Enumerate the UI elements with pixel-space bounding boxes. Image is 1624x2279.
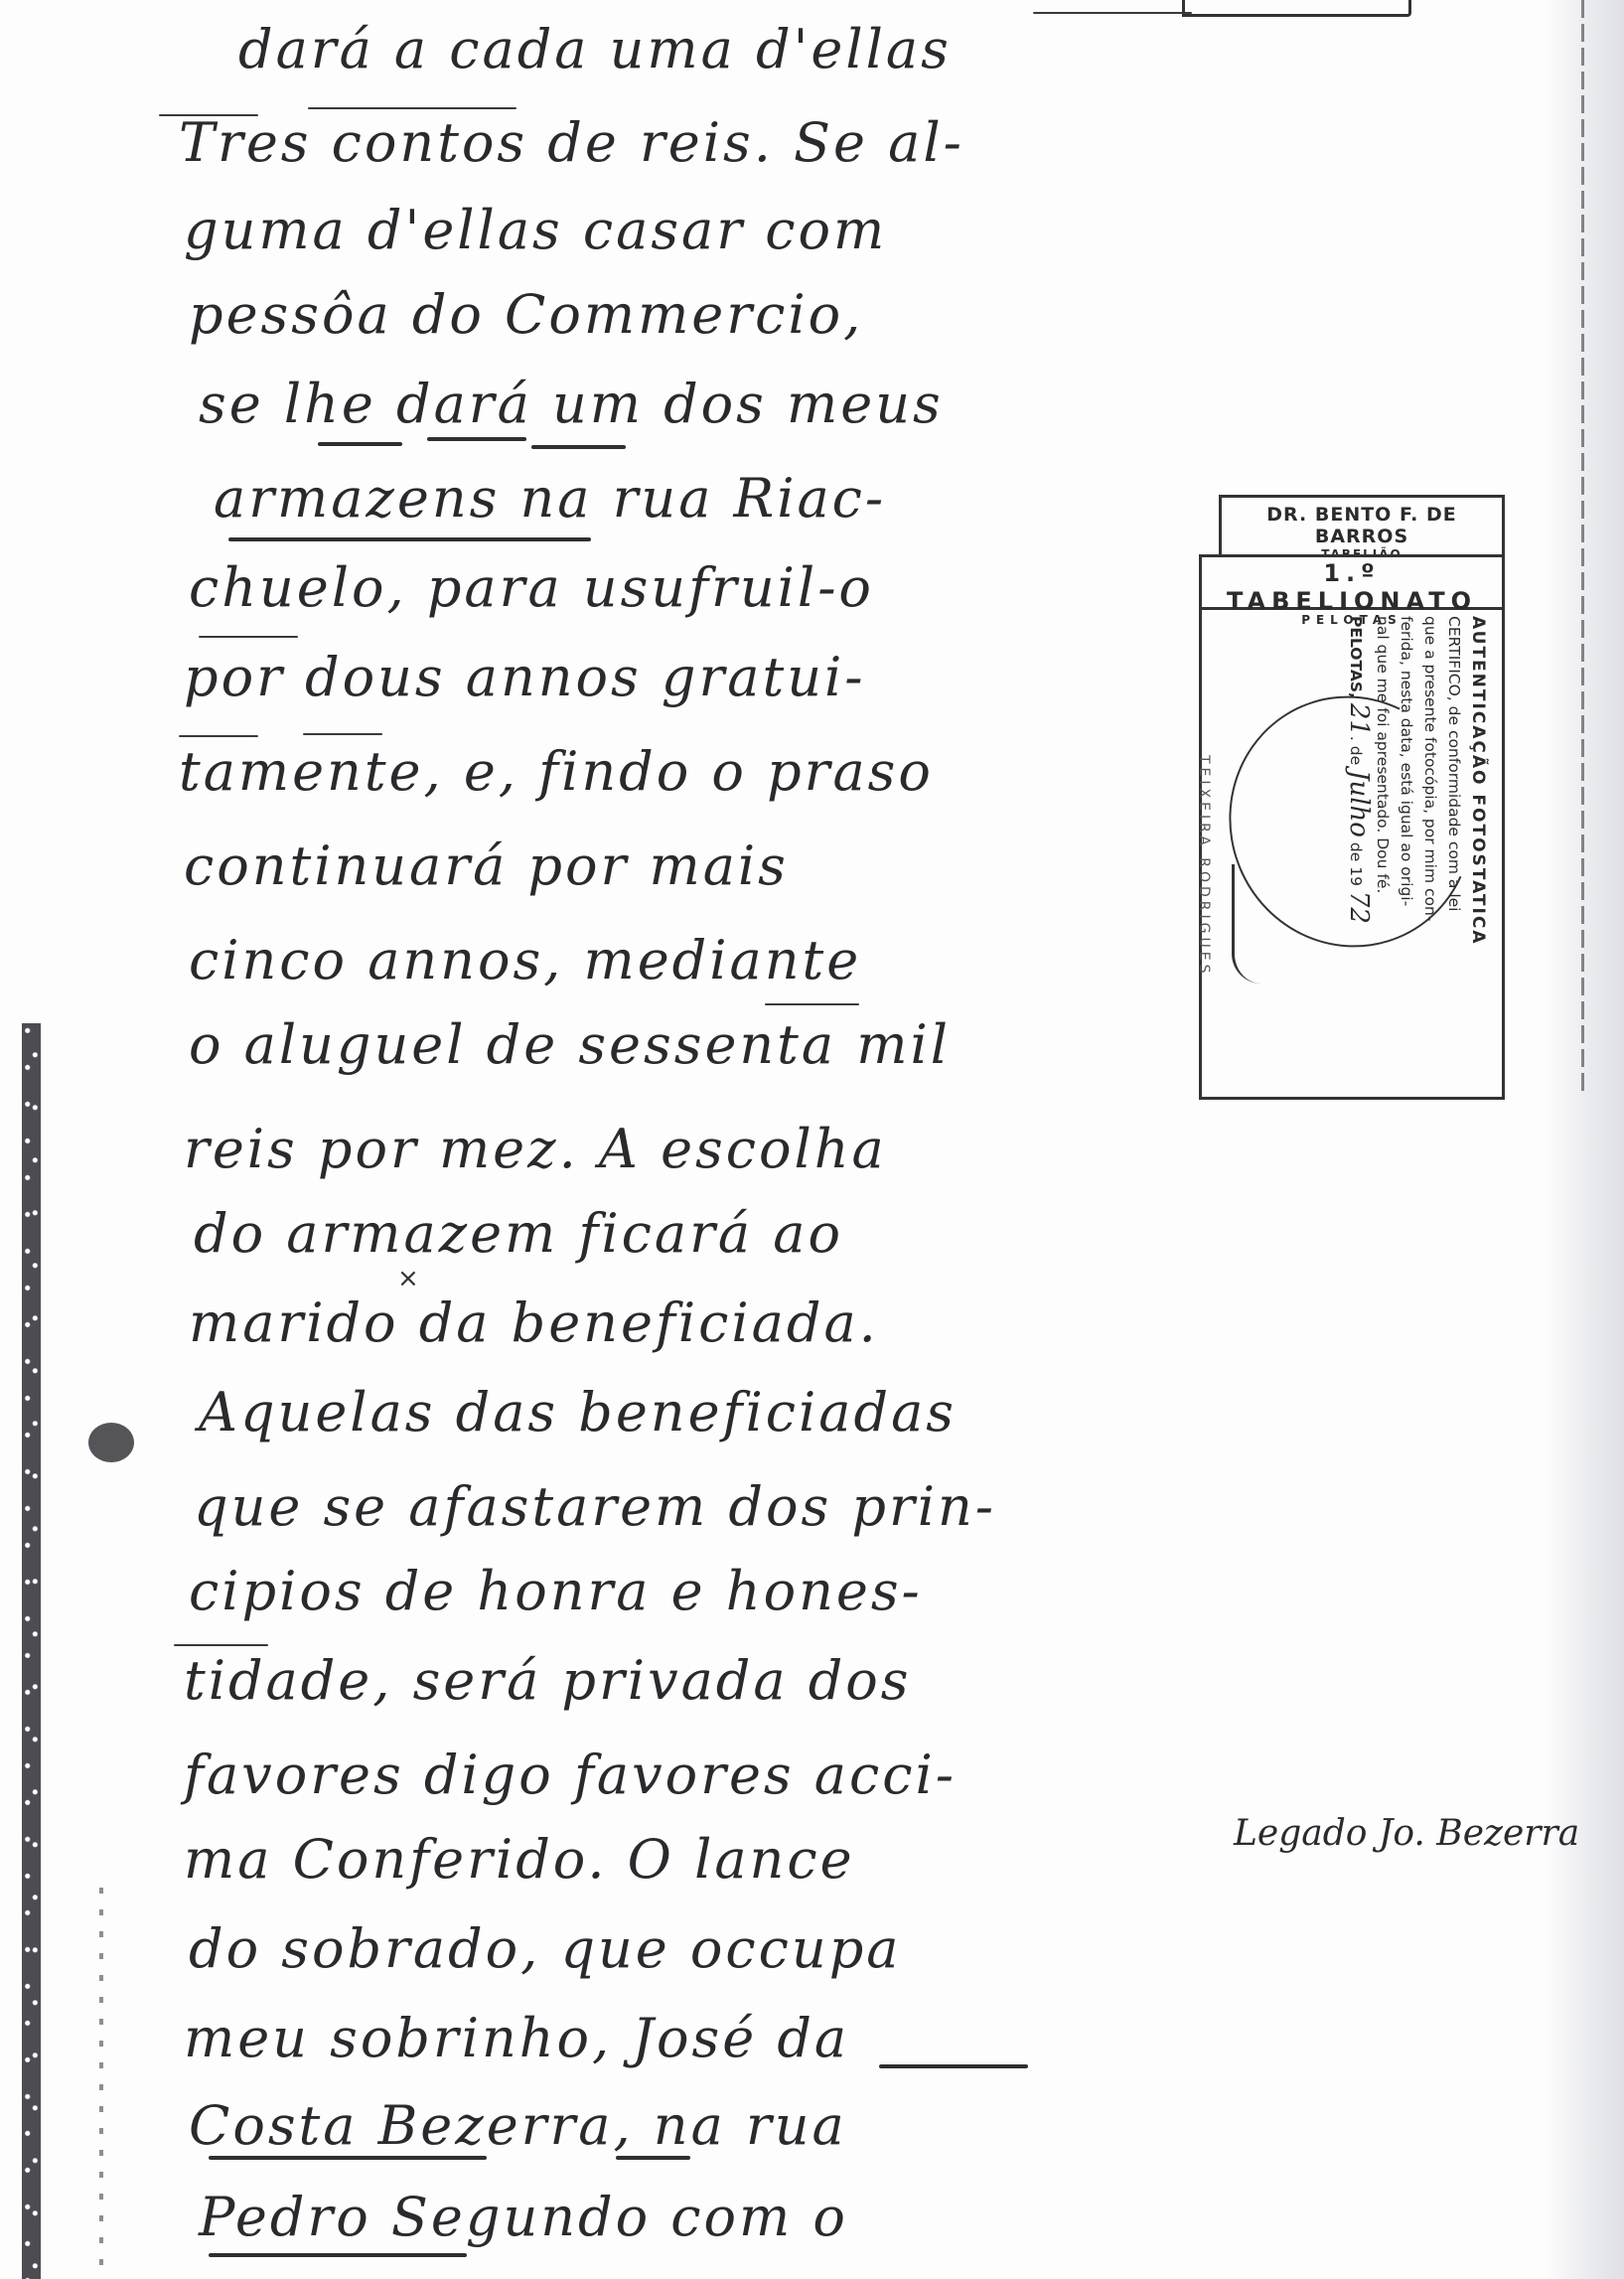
manuscript-line: se lhe dará um dos meus bbox=[199, 373, 944, 435]
underline bbox=[879, 2064, 1028, 2068]
manuscript-line: favores digo favores acci- bbox=[184, 1744, 957, 1806]
manuscript-line: tamente, e, findo o praso bbox=[179, 740, 934, 803]
binding-strip bbox=[22, 1023, 41, 2279]
underline bbox=[427, 437, 526, 441]
manuscript-line: que se afastarem dos prin- bbox=[194, 1475, 996, 1538]
stamp-text-line: que a presente fotocópia, por mim con- bbox=[1418, 616, 1442, 1093]
line-stroke bbox=[1033, 12, 1192, 14]
manuscript-line: armazens na rua Riac- bbox=[214, 467, 886, 530]
underline bbox=[209, 2156, 487, 2160]
manuscript-line: Aquelas das beneficiadas bbox=[199, 1381, 957, 1443]
manuscript-line: reis por mez. A escolha bbox=[184, 1118, 887, 1180]
stamp-body: TEIXEIRA RODRIGUES AUTENTICAÇÃO FOTOSTAT… bbox=[1199, 606, 1505, 1100]
manuscript-line: guma d'ellas casar com bbox=[184, 199, 887, 261]
stamp-notary-name: DR. BENTO F. DE BARROS bbox=[1222, 504, 1502, 547]
stamp-notary-header: DR. BENTO F. DE BARROS TABELIÃO bbox=[1219, 495, 1505, 558]
underline bbox=[318, 442, 402, 446]
right-edge-line bbox=[1581, 0, 1584, 1093]
stamp-year-suffix: 72 bbox=[1344, 891, 1374, 924]
hole-punch bbox=[88, 1423, 134, 1462]
line-stroke bbox=[199, 636, 298, 638]
manuscript-line: Costa Bezerra, na rua bbox=[189, 2094, 847, 2157]
stamp-text-line: nal que me foi apresentado. Dou fé. bbox=[1371, 616, 1395, 1093]
left-dotted-margin bbox=[99, 1888, 103, 2279]
manuscript-line: pessôa do Commercio, bbox=[189, 283, 863, 346]
line-stroke bbox=[174, 1644, 268, 1646]
manuscript-line: por dous annos gratui- bbox=[184, 646, 866, 708]
underline bbox=[228, 537, 591, 541]
line-stroke bbox=[765, 1003, 859, 1005]
page-edge-shadow bbox=[1545, 0, 1624, 2279]
stamp-text-line: ferida, nesta data, está igual ao origi- bbox=[1395, 616, 1418, 1093]
top-stamp-box-fragment bbox=[1182, 0, 1411, 17]
manuscript-line: chuelo, para usufruil-o bbox=[189, 556, 874, 619]
manuscript-line: Tres contos de reis. Se al- bbox=[179, 111, 964, 174]
underline bbox=[616, 2156, 690, 2160]
stamp-certification-text: AUTENTICAÇÃO FOTOSTATICA CERTIFICO, de c… bbox=[1344, 616, 1490, 1093]
stamp-place: PELOTAS, bbox=[1347, 616, 1365, 698]
stamp-side-text: TEIXEIRA RODRIGUES bbox=[1196, 755, 1212, 978]
manuscript-line: do sobrado, que occupa bbox=[189, 1917, 901, 1980]
manuscript-line: marido da beneficiada. bbox=[189, 1291, 879, 1354]
manuscript-line: do armazem ficará ao bbox=[194, 1202, 843, 1265]
stamp-de: de bbox=[1347, 746, 1365, 765]
stamp-title: AUTENTICAÇÃO FOTOSTATICA bbox=[1466, 616, 1490, 1093]
manuscript-line: continuará por mais bbox=[184, 835, 789, 897]
line-stroke bbox=[303, 733, 382, 735]
stamp-year-prefix: de 19 bbox=[1347, 842, 1365, 886]
stamp-signature-stroke bbox=[1232, 864, 1274, 984]
manuscript-line: ma Conferido. O lance bbox=[184, 1828, 855, 1891]
manuscript-line: cinco annos, mediante bbox=[189, 929, 861, 991]
stamp-month: Julho bbox=[1344, 770, 1374, 837]
manuscript-line: Pedro Segundo com o bbox=[199, 2186, 848, 2248]
manuscript-line: meu sobrinho, José da bbox=[184, 2007, 849, 2069]
stamp-day: 21 bbox=[1344, 703, 1374, 736]
notary-authentication-stamp: DR. BENTO F. DE BARROS TABELIÃO 1.º TABE… bbox=[1199, 495, 1505, 1101]
stamp-date-line: PELOTAS, 21. de Julho de 19 72 bbox=[1344, 616, 1371, 1093]
line-stroke bbox=[308, 107, 517, 109]
margin-note: Legado Jo. Bezerra bbox=[1234, 1813, 1579, 1854]
underline bbox=[531, 445, 626, 449]
insertion-mark: × bbox=[397, 1264, 419, 1293]
stamp-text-line: CERTIFICO, de conformidade com a lei bbox=[1442, 616, 1466, 1093]
underline bbox=[209, 2253, 467, 2257]
manuscript-line: o aluguel de sessenta mil bbox=[189, 1013, 951, 1076]
stamp-office-header: 1.º TABELIONATO PELOTAS bbox=[1199, 554, 1505, 610]
manuscript-line: cipios de honra e hones- bbox=[189, 1560, 923, 1622]
manuscript-line: tidade, será privada dos bbox=[184, 1649, 912, 1712]
manuscript-line: dará a cada uma d'ellas bbox=[238, 18, 952, 80]
line-stroke bbox=[179, 735, 258, 737]
